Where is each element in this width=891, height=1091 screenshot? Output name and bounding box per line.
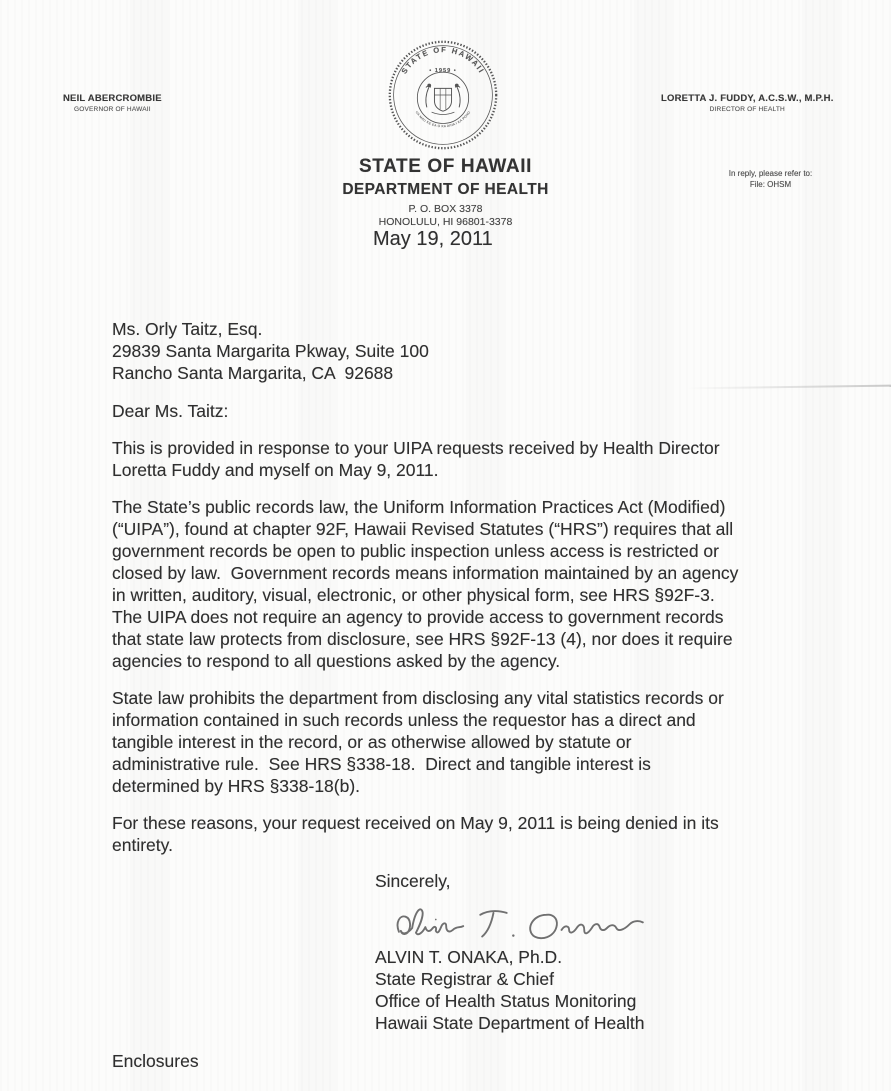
hawaii-state-seal-icon: STATE OF HAWAII • 1959 • UA MAU KE EA O …: [386, 38, 500, 152]
governor-title: GOVERNOR OF HAWAII: [63, 104, 162, 115]
letterhead-po-box: P. O. BOX 3378: [0, 203, 891, 215]
director-title: DIRECTOR OF HEALTH: [661, 104, 834, 115]
reply-note-line2: File: OHSM: [703, 179, 838, 190]
seal-motto: UA MAU KE EA O KA AINA I KA PONO: [415, 110, 472, 128]
letter-date: May 19, 2011: [373, 228, 493, 251]
letter-body: Ms. Orly Taitz, Esq. 29839 Santa Margari…: [112, 318, 818, 1072]
reply-note-line1: In reply, please refer to:: [703, 168, 838, 179]
letterhead-city: HONOLULU, HI 96801-3378: [0, 216, 891, 228]
governor-name: NEIL ABERCROMBIE: [63, 93, 162, 104]
handwritten-signature-icon: [360, 894, 695, 946]
paragraph-2: The State’s public records law, the Unif…: [112, 496, 818, 672]
signer-block: ALVIN T. ONAKA, Ph.D. State Registrar & …: [375, 946, 818, 1034]
seal-year: • 1959 •: [429, 68, 456, 74]
seal-crest-circle: [417, 72, 468, 123]
director-block: LORETTA J. FUDDY, A.C.S.W., M.P.H. DIREC…: [661, 93, 834, 115]
seal-crest: [426, 84, 460, 115]
paragraph-1: This is provided in response to your UIP…: [112, 437, 818, 481]
enclosures-note: Enclosures: [112, 1050, 818, 1072]
salutation: Dear Ms. Taitz:: [112, 400, 818, 422]
paragraph-3: State law prohibits the department from …: [112, 687, 818, 797]
director-name: LORETTA J. FUDDY, A.C.S.W., M.P.H.: [661, 93, 834, 104]
closing: Sincerely,: [375, 870, 818, 892]
recipient-address: Ms. Orly Taitz, Esq. 29839 Santa Margari…: [112, 318, 818, 384]
paragraph-4: For these reasons, your request received…: [112, 812, 818, 856]
reply-reference-note: In reply, please refer to: File: OHSM: [703, 168, 838, 190]
scanned-letter-page: NEIL ABERCROMBIE GOVERNOR OF HAWAII LORE…: [0, 0, 891, 1091]
governor-block: NEIL ABERCROMBIE GOVERNOR OF HAWAII: [63, 93, 162, 115]
letterhead-block: STATE OF HAWAII DEPARTMENT OF HEALTH P. …: [0, 156, 891, 228]
